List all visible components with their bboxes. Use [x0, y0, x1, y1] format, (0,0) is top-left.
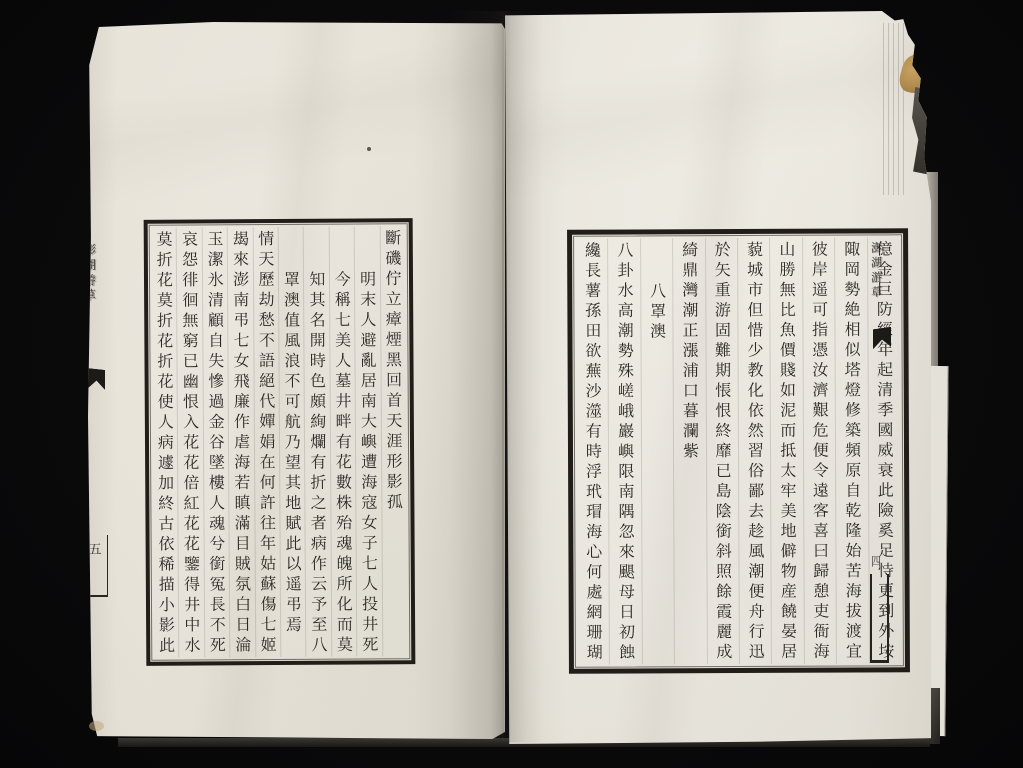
text-column: 藐城市但惜少教化依然習俗鄙去趁風潮便舟行迅	[738, 238, 772, 664]
text-column: 玉潔氷清顧自失慘過金谷墜樓人魂兮銜冤長不死	[202, 227, 230, 657]
photo-background: 澎湖游草 五 斷磯佇立瘴煙黑回首天涯形影孤 明末人避亂居南大嶼遭海寇女子七人投井…	[0, 0, 1023, 768]
left-page-margin: 澎湖游草 五	[86, 237, 118, 679]
text-column: 彼岸遥可指憑汝濟艱危便令遠客喜曰歸憩吏衙海	[803, 238, 837, 664]
banxin-border-lines	[870, 574, 889, 663]
folio-number: 五	[88, 540, 101, 558]
right-text-frame: 億金巨防經年起清季國威衰此險奚足恃更到外垵 陬岡勢絶相似塔燈修築頻原自乾隆始苦海…	[567, 228, 910, 673]
text-column: 山勝無比魚價賤如泥而抵太牢美地僻物産饒晏居	[770, 238, 804, 664]
paper-stain	[89, 721, 104, 731]
text-column: 莫折花莫折花折花使人病遽加終古依稀描小影此	[152, 228, 180, 658]
fishtail-ornament-icon	[873, 327, 891, 350]
text-column: 知其名開時色頗絢爛有折之者病作云予至八	[304, 227, 332, 657]
text-column: 八卦水高潮勢殊嵯峨巖嶼限南隅忽來颶母日初蝕	[608, 238, 642, 664]
left-text-columns: 斷磯佇立瘴煙黑回首天涯形影孤 明末人避亂居南大嶼遭海寇女子七人投井死 今稱七美人…	[152, 226, 408, 658]
right-page-margin: 澎湖游草 四	[865, 236, 911, 681]
text-column: 哀怨徘徊無窮已幽恨入花花倍紅花花鑒得井中水	[177, 227, 205, 657]
center-fold-crease	[502, 16, 504, 740]
text-column: 纔長薯孫田欲蕪沙澨有時浮玳瑁海心何處網珊瑚	[576, 239, 610, 665]
poem-title-column: 八罩澳	[641, 238, 675, 664]
running-title: 澎湖游草	[86, 243, 98, 304]
ink-speck	[367, 147, 371, 151]
text-column: 罩澳值風浪不可航乃望其地賦此以遥弔焉	[279, 227, 307, 657]
text-column: 情天歷劫愁不語絕代嬋娟在何許往年姑蘇傷七姬	[253, 227, 281, 657]
left-page: 澎湖游草 五 斷磯佇立瘴煙黑回首天涯形影孤 明末人避亂居南大嶼遭海寇女子七人投井…	[88, 22, 505, 739]
torn-edge	[911, 87, 932, 175]
running-title: 澎湖游草	[869, 241, 884, 302]
right-text-columns: 億金巨防經年起清季國威衰此險奚足恃更到外垵 陬岡勢絶相似塔燈修築頻原自乾隆始苦海…	[576, 237, 901, 664]
folio-number: 四	[871, 553, 881, 570]
stacked-page-edges	[879, 23, 906, 195]
text-column: 於矢重游固難期悵恨終靡已島陰銜斜照餘霞麗成	[706, 238, 740, 664]
right-page: 億金巨防經年起清季國威衰此險奚足恃更到外垵 陬岡勢絶相似塔燈修築頻原自乾隆始苦海…	[505, 11, 931, 744]
text-column: 今稱七美人墓井畔有花數株殆魂魄所化而莫	[329, 227, 357, 657]
fishtail-ornament-icon	[88, 368, 105, 390]
left-text-frame: 斷磯佇立瘴煙黑回首天涯形影孤 明末人避亂居南大嶼遭海寇女子七人投井死 今稱七美人…	[144, 218, 416, 666]
text-column: 朅來澎南弔七女飛廉作虐海若瞋滿目賊氛白日淪	[228, 227, 256, 657]
text-column: 明末人避亂居南大嶼遭海寇女子七人投井死	[355, 226, 383, 656]
text-column: 綺鼎灣潮正漲浦口暮瀾紫	[673, 238, 707, 664]
text-column: 斷磯佇立瘴煙黑回首天涯形影孤	[380, 226, 407, 656]
